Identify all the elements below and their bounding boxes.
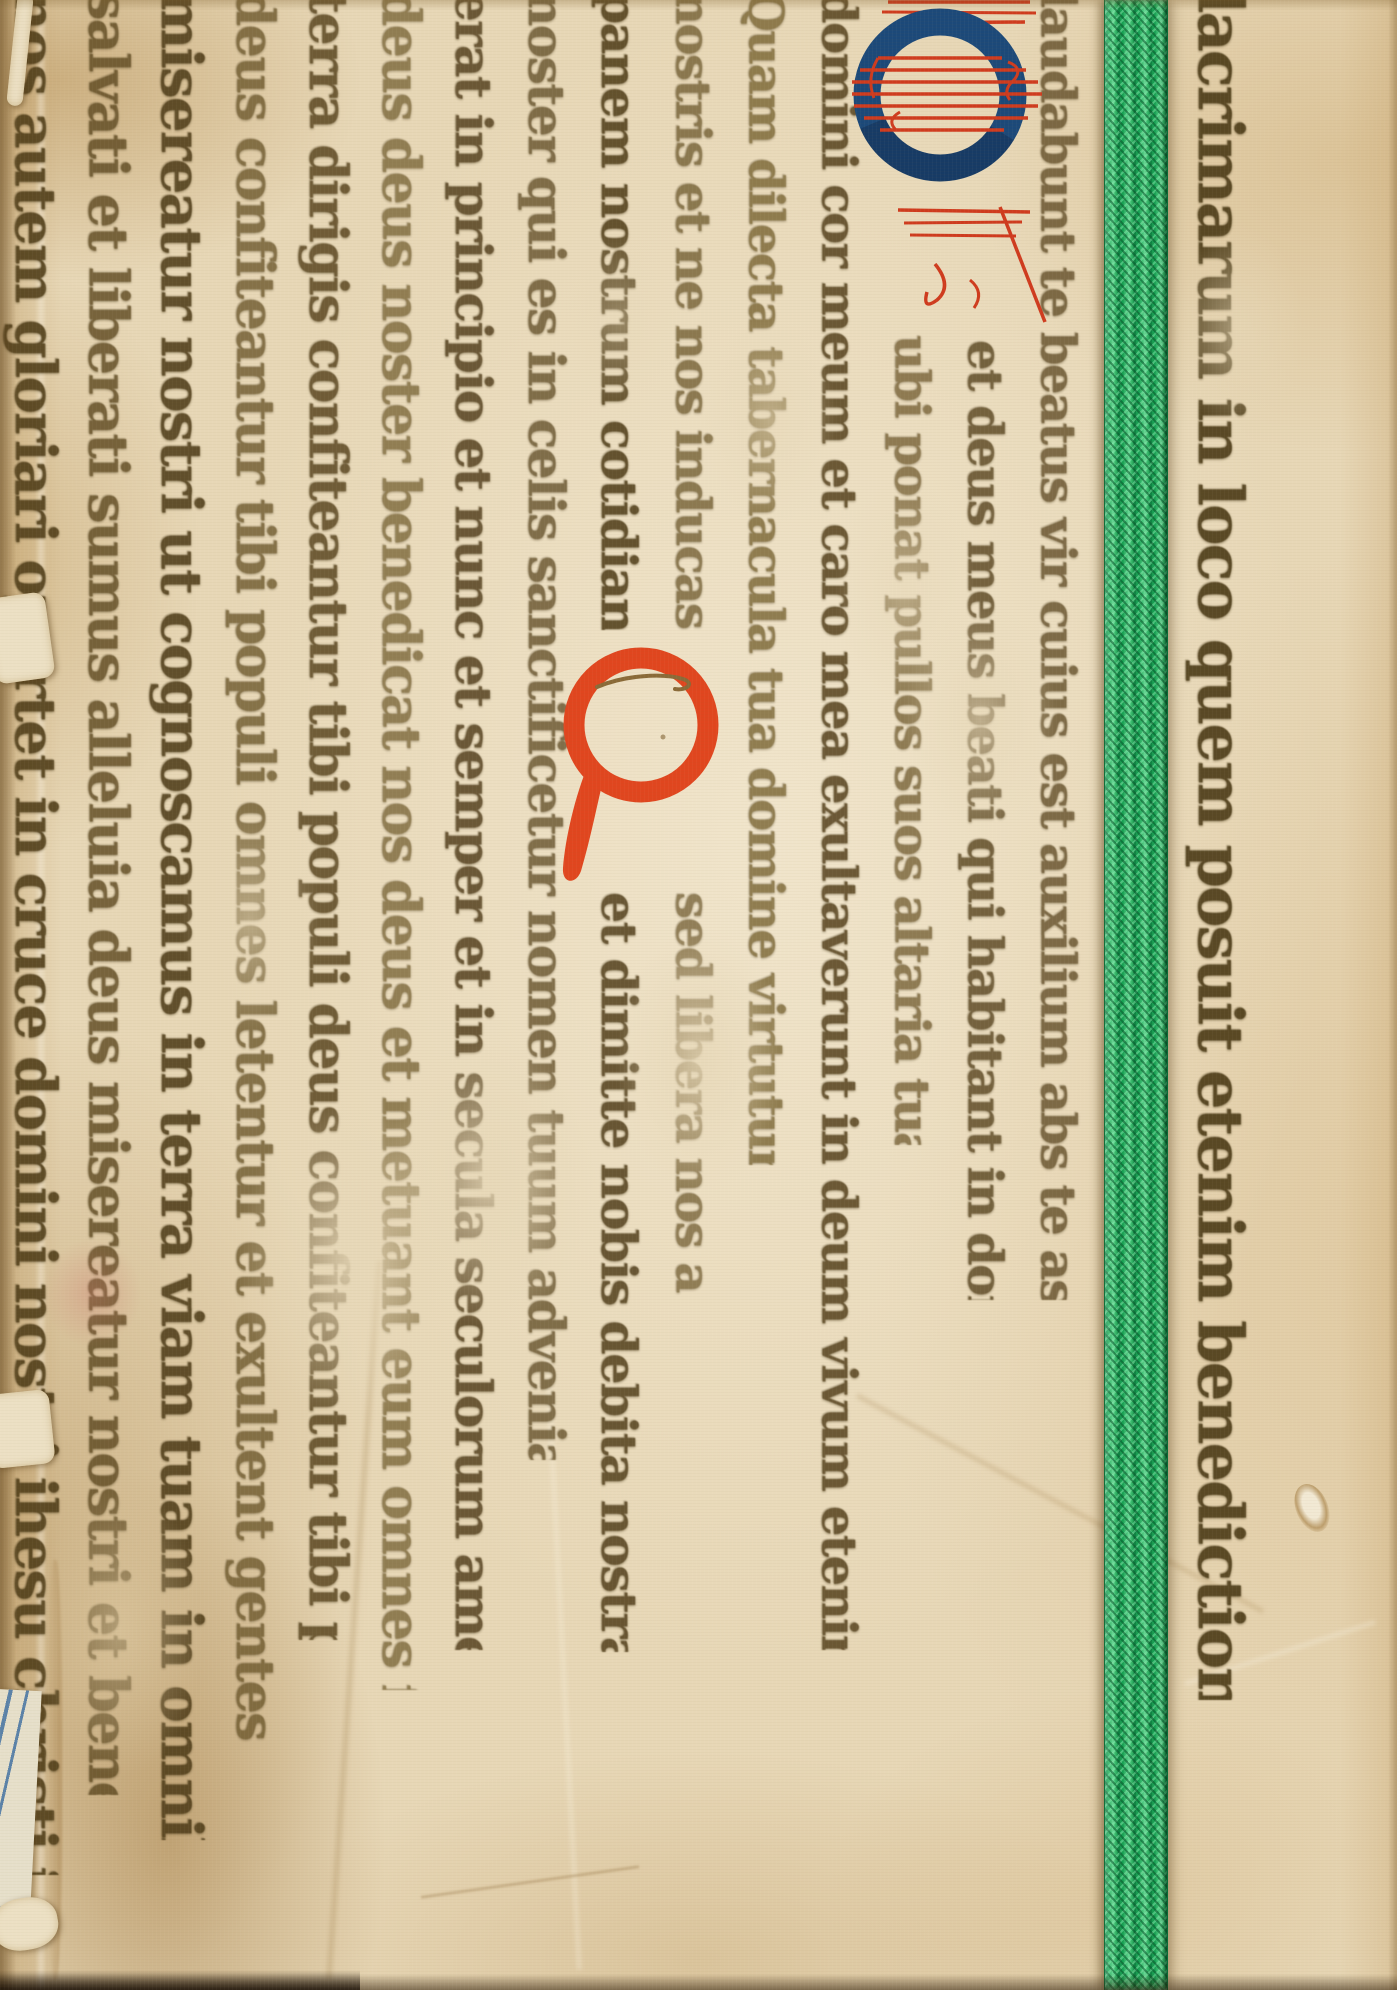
text-column: erat in principio et nunc et semper et i… <box>439 0 507 1650</box>
pink-smudge <box>42 1238 142 1348</box>
elastic-band <box>1104 0 1168 1990</box>
text-column: Quam dilecta tabernacula tua domine virt… <box>733 0 798 1165</box>
pen-trial-mark <box>597 676 689 690</box>
photo-edge-right <box>1388 0 1397 1990</box>
red-initial-q <box>545 625 745 905</box>
blue-lombard-initial <box>840 0 1055 337</box>
sewing-tab-lower <box>0 1389 56 1469</box>
photo-edge-top <box>0 0 1397 10</box>
text-column: salvati et liberati sumus alleluia deus … <box>72 0 145 1795</box>
text-column: sed libera nos a malo amen dicite <box>660 892 725 1307</box>
text-column: deus confiteantur tibi populi omnes lete… <box>219 0 289 1750</box>
photo-edge-bottom-left <box>0 1970 360 1990</box>
red-initial-q-tail <box>563 763 603 881</box>
penwork-lines <box>852 58 1042 130</box>
text-column: panem nostrum cotidianum da nobis hodie <box>586 0 652 630</box>
penwork-flourish-bottom <box>898 207 1045 322</box>
text-column: lacrimarum in loco quem posuit etenim be… <box>1178 0 1262 1700</box>
text-column: ubi ponat pullos suos altaria tua domine… <box>879 335 944 1145</box>
text-column: misereatur nostri ut cognoscamus in terr… <box>143 0 219 1840</box>
text-column: deus deus noster benedicat nos deus et m… <box>365 0 435 1690</box>
manuscript-cover-photo: nos autem gloriari oportet in cruce domi… <box>0 0 1397 1990</box>
manuscript-text-layer: nos autem gloriari oportet in cruce domi… <box>0 0 1397 1990</box>
text-column: et dimitte nobis debita nostra sicut et … <box>586 892 652 1652</box>
text-column: terra dirigis confiteantur tibi populi d… <box>292 0 362 1640</box>
text-column: et deus meus beati qui habitant in domo … <box>952 340 1017 1300</box>
text-column: nostris et ne nos inducas in temptatione… <box>660 0 725 630</box>
